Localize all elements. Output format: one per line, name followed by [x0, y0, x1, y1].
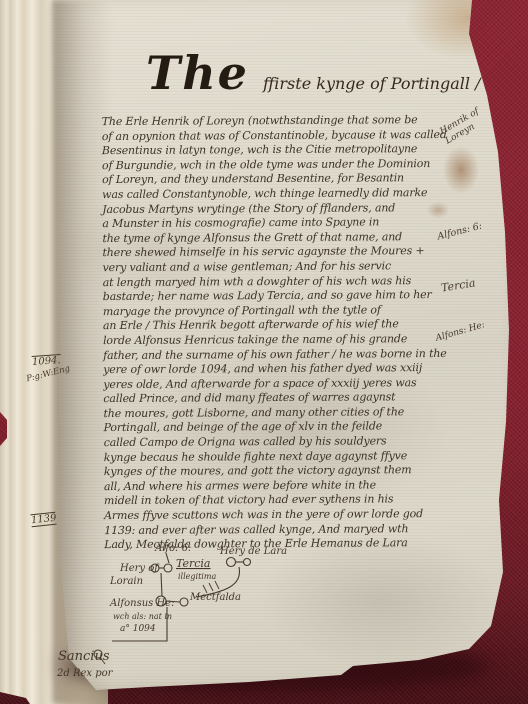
tree-note-line1: wch als: nat in [113, 612, 172, 621]
genealogy-tree: Alfo: 6: Hery de Lara Hery of Lorain Ter… [0, 0, 528, 704]
person-circle-lara-wife [244, 559, 251, 566]
person-circle-mectfalda [180, 598, 188, 606]
tree-label-illegitima: illegitima [178, 572, 216, 581]
tree-label-hery-de-lara: Hery de Lara [219, 546, 287, 557]
person-circle-tercia [164, 564, 172, 572]
tree-label-tercia: Tercia [176, 557, 211, 570]
photo-of-manuscript: Theffirste kynge of Portingall / The Erl… [0, 0, 528, 704]
tree-label-lorain: Lorain [109, 576, 143, 587]
tree-note-line2: a° 1094 [120, 624, 156, 634]
tree-label-hery-of: Hery of [119, 563, 160, 574]
signature-title: 2d Rex por [56, 668, 114, 679]
tree-label-alfonsus: Alfonsus He: [109, 598, 174, 609]
descent-line-alfonso-to-tercia [166, 553, 169, 563]
tree-label-mectfalda: Mectfalda [189, 592, 241, 603]
descent-line-to-alfonsus [161, 573, 162, 596]
tree-label-alfonso6: Alfo: 6: [154, 543, 191, 554]
person-circle-hery-de-lara [227, 558, 236, 567]
signature-sancius: Sancius [58, 649, 110, 664]
